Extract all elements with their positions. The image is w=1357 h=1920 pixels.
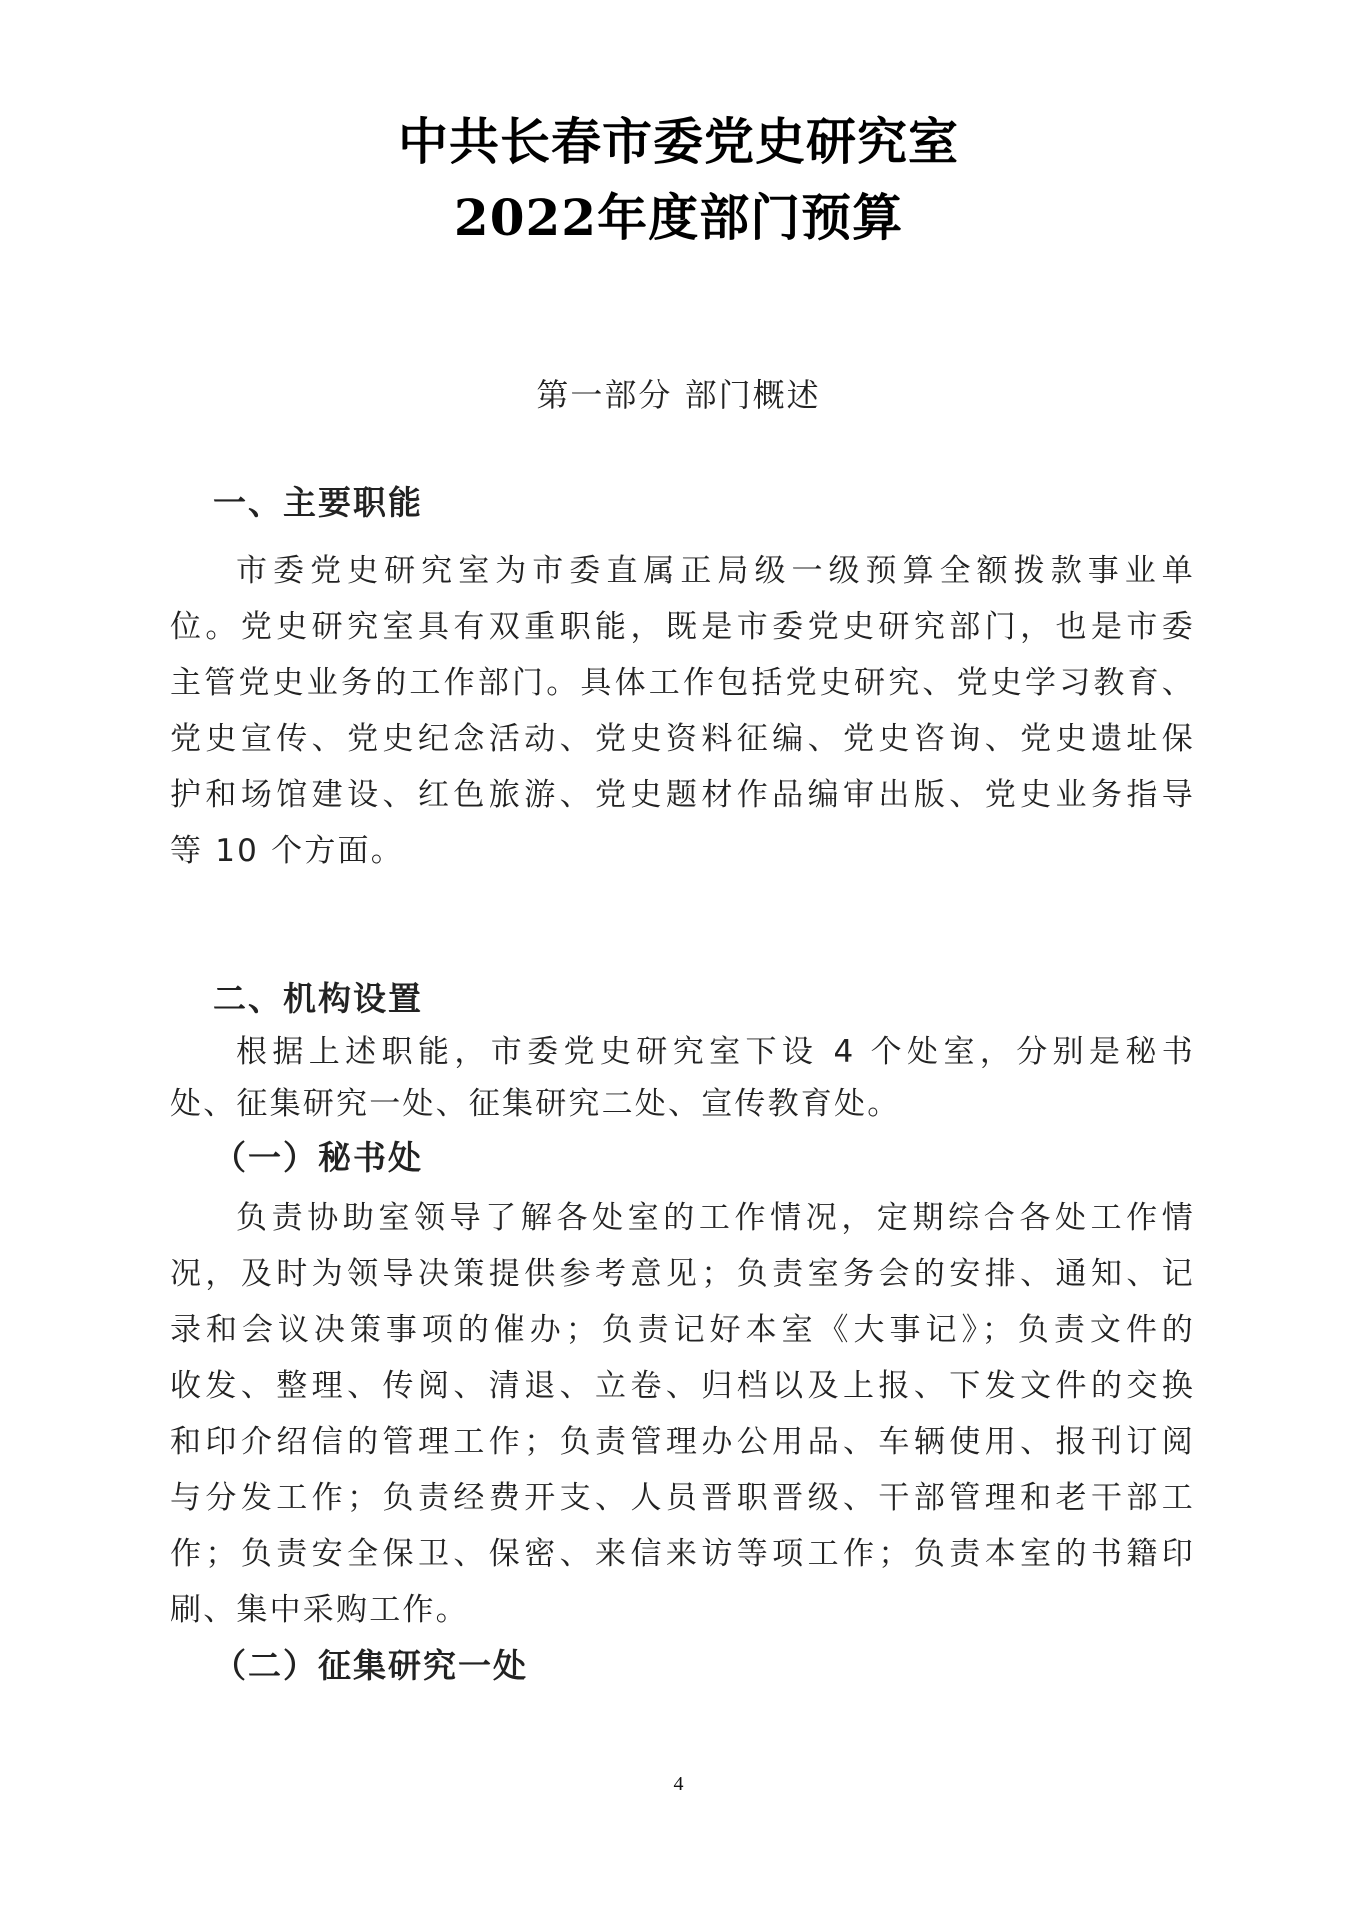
paragraph-line: 等 10 个方面。: [170, 823, 1195, 879]
subsection-paragraph-secretariat: 负责协助室领导了解各处室的工作情况，定期综合各处工作情 况，及时为领导决策提供参…: [170, 1190, 1195, 1638]
subsection-heading-collection-research-1: （二）征集研究一处: [213, 1640, 528, 1687]
section-heading-main-functions: 一、主要职能: [213, 477, 423, 524]
document-title-line2: 2022年度部门预算: [0, 178, 1357, 250]
paragraph-line: 作；负责安全保卫、保密、来信来访等项工作；负责本室的书籍印: [170, 1526, 1195, 1582]
part-heading: 第一部分 部门概述: [0, 370, 1357, 416]
paragraph-line: 与分发工作；负责经费开支、人员晋职晋级、干部管理和老干部工: [170, 1470, 1195, 1526]
paragraph-line: 录和会议决策事项的催办；负责记好本室《大事记》；负责文件的: [170, 1302, 1195, 1358]
paragraph-line: 党史宣传、党史纪念活动、党史资料征编、党史咨询、党史遗址保: [170, 711, 1195, 767]
paragraph-line: 护和场馆建设、红色旅游、党史题材作品编审出版、党史业务指导: [170, 767, 1195, 823]
section-paragraph-main-functions: 市委党史研究室为市委直属正局级一级预算全额拨款事业单 位。党史研究室具有双重职能…: [170, 543, 1195, 879]
page-number: 4: [0, 1773, 1357, 1796]
paragraph-line: 市委党史研究室为市委直属正局级一级预算全额拨款事业单: [170, 543, 1195, 599]
document-page: 中共长春市委党史研究室 2022年度部门预算 第一部分 部门概述 一、主要职能 …: [0, 0, 1357, 1920]
paragraph-line: 根据上述职能，市委党史研究室下设 4 个处室，分别是秘书: [170, 1026, 1195, 1078]
section-paragraph-organization: 根据上述职能，市委党史研究室下设 4 个处室，分别是秘书 处、征集研究一处、征集…: [170, 1026, 1195, 1130]
section-heading-organization: 二、机构设置: [213, 973, 423, 1020]
paragraph-line: 和印介绍信的管理工作；负责管理办公用品、车辆使用、报刊订阅: [170, 1414, 1195, 1470]
paragraph-line: 负责协助室领导了解各处室的工作情况，定期综合各处工作情: [170, 1190, 1195, 1246]
paragraph-line: 主管党史业务的工作部门。具体工作包括党史研究、党史学习教育、: [170, 655, 1195, 711]
paragraph-line: 位。党史研究室具有双重职能，既是市委党史研究部门，也是市委: [170, 599, 1195, 655]
paragraph-line: 刷、集中采购工作。: [170, 1582, 1195, 1638]
paragraph-line: 收发、整理、传阅、清退、立卷、归档以及上报、下发文件的交换: [170, 1358, 1195, 1414]
document-title-line1: 中共长春市委党史研究室: [0, 102, 1357, 174]
paragraph-line: 况，及时为领导决策提供参考意见；负责室务会的安排、通知、记: [170, 1246, 1195, 1302]
subsection-heading-secretariat: （一）秘书处: [213, 1132, 423, 1179]
paragraph-line: 处、征集研究一处、征集研究二处、宣传教育处。: [170, 1078, 1195, 1130]
